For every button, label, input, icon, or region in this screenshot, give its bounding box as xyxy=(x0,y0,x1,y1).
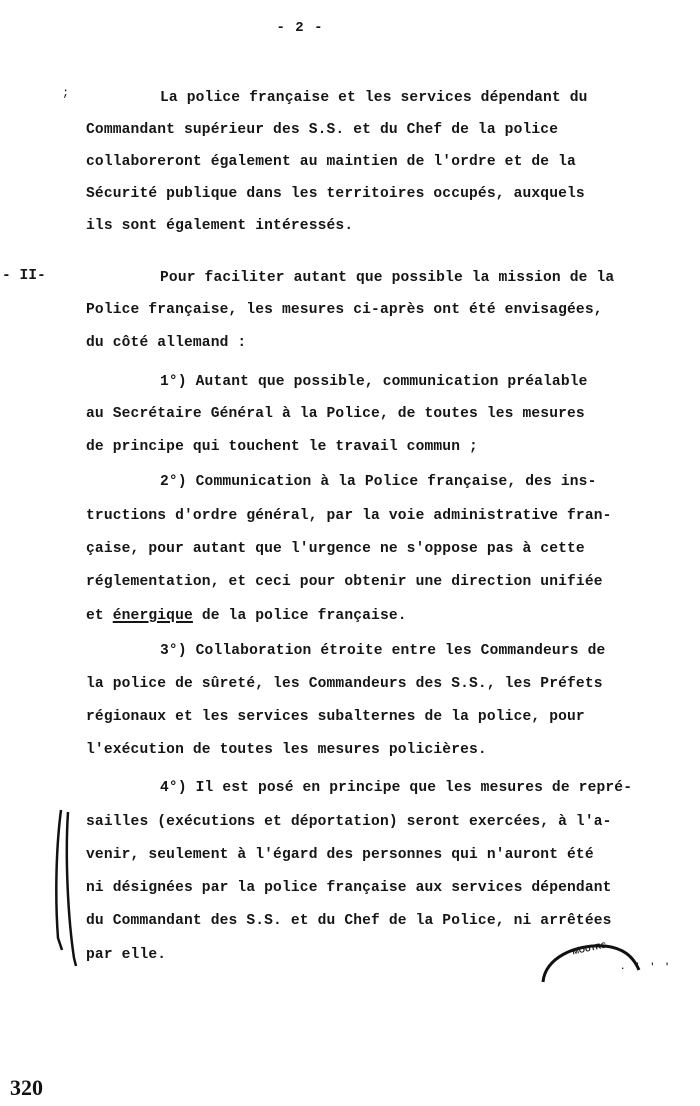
text-line: venir, seulement à l'égard des personnes… xyxy=(86,845,594,865)
text-line: Police française, les mesures ci-après o… xyxy=(86,300,603,320)
text-line: 1°) Autant que possible, communication p… xyxy=(160,372,588,392)
text-line: 3°) Collaboration étroite entre les Comm… xyxy=(160,641,605,661)
text-line: 4°) Il est posé en principe que les mesu… xyxy=(160,778,632,798)
text-line: ils sont également intéressés. xyxy=(86,216,353,236)
text-line: La police française et les services dépe… xyxy=(160,88,588,108)
text-line: par elle. xyxy=(86,945,166,965)
text-line: régionaux et les services subalternes de… xyxy=(86,707,585,727)
text-line: au Secrétaire Général à la Police, de to… xyxy=(86,404,585,424)
text-line: 2°) Communication à la Police française,… xyxy=(160,472,596,492)
text-line: et énergique de la police française. xyxy=(86,606,407,626)
page-marker: - 2 - xyxy=(0,20,600,36)
underlined-word: énergique xyxy=(113,608,193,624)
text-line: ni désignées par la police française aux… xyxy=(86,878,612,898)
folio-number: 320 xyxy=(10,1075,43,1101)
margin-bracket-mark xyxy=(52,808,92,968)
section-number: - II- xyxy=(2,268,46,284)
text-line: l'exécution de toutes les mesures polici… xyxy=(86,740,487,760)
text-line: du Commandant des S.S. et du Chef de la … xyxy=(86,911,612,931)
stamp-marks: . ' ' ' xyxy=(620,962,672,972)
text-line: çaise, pour autant que l'urgence ne s'op… xyxy=(86,539,585,559)
text-line: Commandant supérieur des S.S. et du Chef… xyxy=(86,120,558,140)
text-line: Pour faciliter autant que possible la mi… xyxy=(160,268,614,288)
text-line: de principe qui touchent le travail comm… xyxy=(86,437,478,457)
text-line: réglementation, et ceci pour obtenir une… xyxy=(86,572,603,592)
text-line: du côté allemand : xyxy=(86,333,246,353)
text-line: tructions d'ordre général, par la voie a… xyxy=(86,506,612,526)
text-line: Sécurité publique dans les territoires o… xyxy=(86,184,585,204)
margin-mark: ; xyxy=(62,86,69,100)
text-line: collaboreront également au maintien de l… xyxy=(86,152,576,172)
text-line: sailles (exécutions et déportation) sero… xyxy=(86,812,612,832)
text-line: la police de sûreté, les Commandeurs des… xyxy=(86,674,603,694)
